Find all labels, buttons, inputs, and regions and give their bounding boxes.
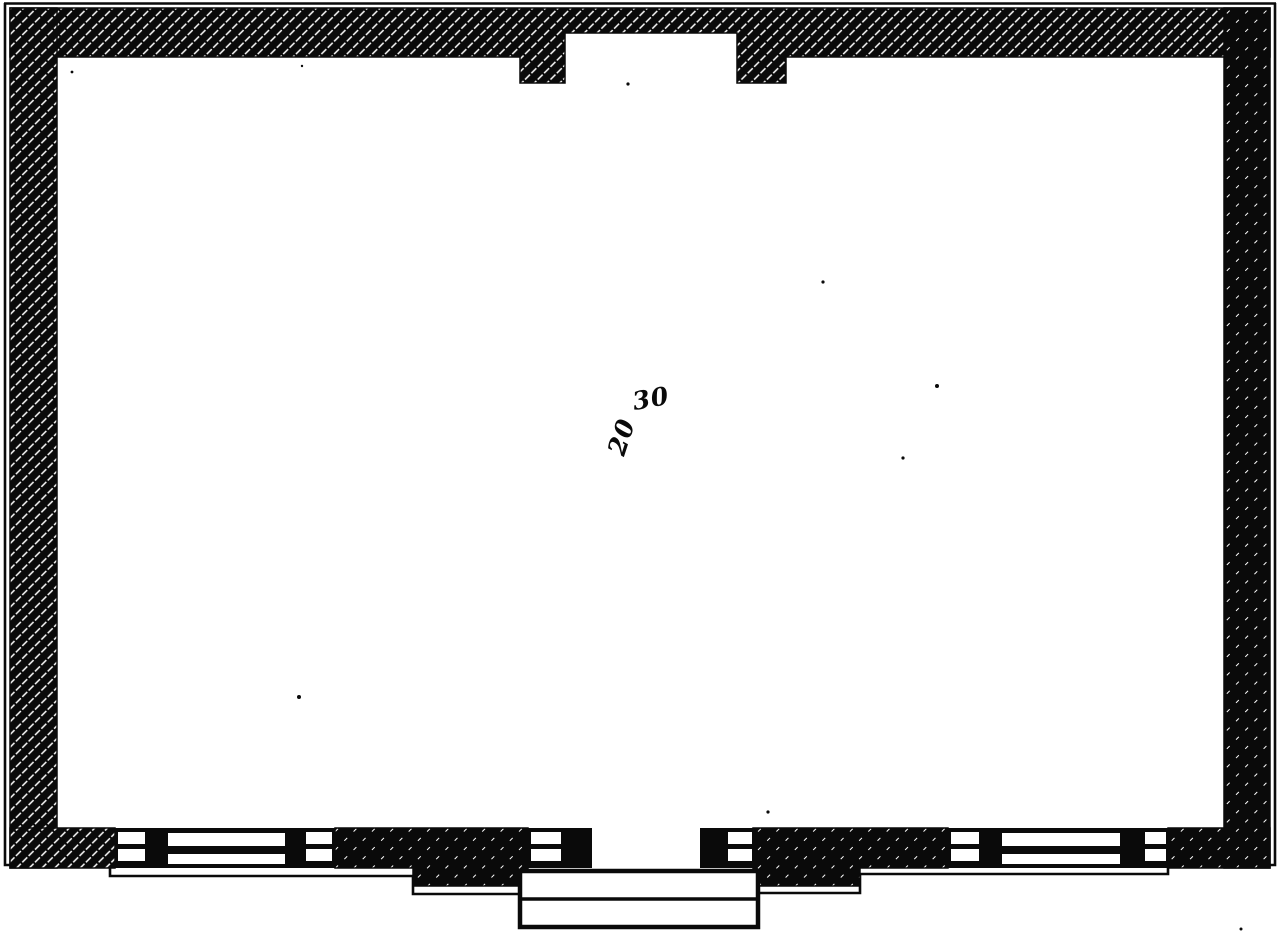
scanned-floor-plan-page: 30 20 <box>0 0 1280 935</box>
bottom-wall-left-corner <box>10 828 115 868</box>
right-wall <box>1224 8 1270 868</box>
porch-steps <box>520 871 758 927</box>
paper-background <box>0 0 1280 935</box>
entrance-opening <box>592 828 700 872</box>
left-wall <box>10 8 57 868</box>
floor-plan: 30 20 <box>0 0 1280 935</box>
bottom-wall-right-corner <box>1168 828 1270 868</box>
